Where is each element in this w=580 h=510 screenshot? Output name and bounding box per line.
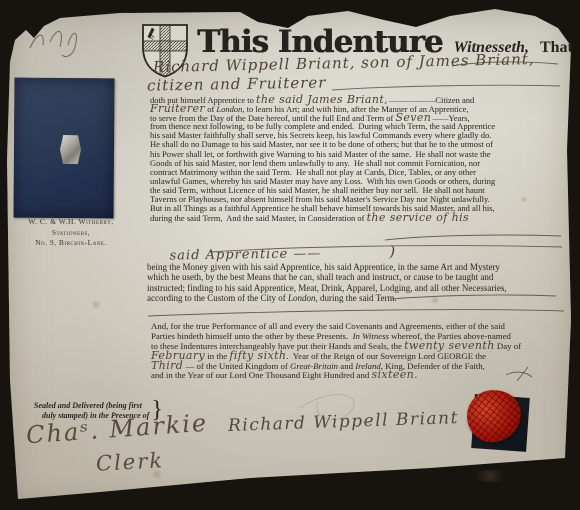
text-segment: London [288, 293, 316, 303]
closing-brace: ) [389, 242, 396, 260]
text-segment: And, for the true Performance of all and… [151, 321, 505, 331]
text-segment: which he useth, by the best Means that h… [147, 272, 493, 282]
paragraph-line: being the Money given with his said Appr… [147, 262, 507, 272]
photograph-of-indenture: This Indenture Witnesseth, That Richard … [0, 0, 580, 510]
stationer-imprint: W. C. & W.H. Witherby, Stationers, No. 9… [12, 217, 130, 249]
execution-paragraph: And, for the true Performance of all and… [151, 322, 521, 380]
stationer-trade: Stationers, [12, 228, 130, 239]
paragraph-line: instructed; finding to his said Apprenti… [147, 283, 507, 293]
text-segment: instructed; finding to his said Apprenti… [147, 283, 507, 293]
stationer-name: W. C. & W.H. Witherby, [12, 217, 130, 228]
attestation-line1: Sealed and Delivered (being first [34, 401, 149, 411]
paragraph-line: during the said Term, And the said Maste… [150, 213, 495, 222]
foxing-spot [470, 470, 510, 482]
text-segment: and in the Year of our Lord One Thousand… [151, 370, 371, 380]
covenants-paragraph: doth put himself Apprentice to the said … [150, 95, 495, 222]
paragraph-line: Fruiterer of London, to learn his Art; a… [150, 104, 495, 113]
stationer-address: No. 9, Birchin-Lane. [12, 238, 130, 249]
handwritten-citizen-line: citizen and Fruiterer [147, 73, 327, 94]
paragraph-line: and in the Year of our Lord One Thousand… [151, 370, 521, 380]
masters-obligations-paragraph: being the Money given with his said Appr… [147, 262, 507, 304]
paragraph-line: to these Indentures interchangeably have… [151, 341, 521, 351]
that-word: That [540, 39, 573, 57]
handwritten-said-apprentice: said Apprentice —— [169, 246, 321, 263]
text-segment: Parties bindeth himself unto the other b… [151, 331, 353, 341]
text-segment: in the [205, 351, 229, 361]
text-segment: In Witness [353, 331, 389, 341]
text-segment: . Year of the Reign of our Sovereign Lor… [286, 351, 486, 361]
text-segment: during the said Term, And the said Maste… [150, 213, 367, 223]
witness-title: Clerk [95, 448, 164, 476]
paragraph-line: Third — of the United Kingdom of Great-B… [151, 361, 521, 371]
paragraph-line: which he useth, by the best Means that h… [147, 272, 507, 282]
text-segment: according to the Custom of the City of [147, 293, 288, 303]
paragraph-line: February in the fifty sixth. Year of the… [151, 351, 521, 361]
embossed-cypher [60, 135, 81, 164]
text-segment: Day of [495, 341, 521, 351]
text-segment: , during the said Term. [316, 293, 397, 303]
text-segment: the service of his [367, 211, 469, 224]
paragraph-line: according to the Custom of the City of L… [147, 293, 507, 303]
text-segment: sixteen. [371, 368, 418, 381]
text-segment: being the Money given with his said Appr… [147, 262, 500, 272]
revenue-stamp [14, 78, 115, 219]
